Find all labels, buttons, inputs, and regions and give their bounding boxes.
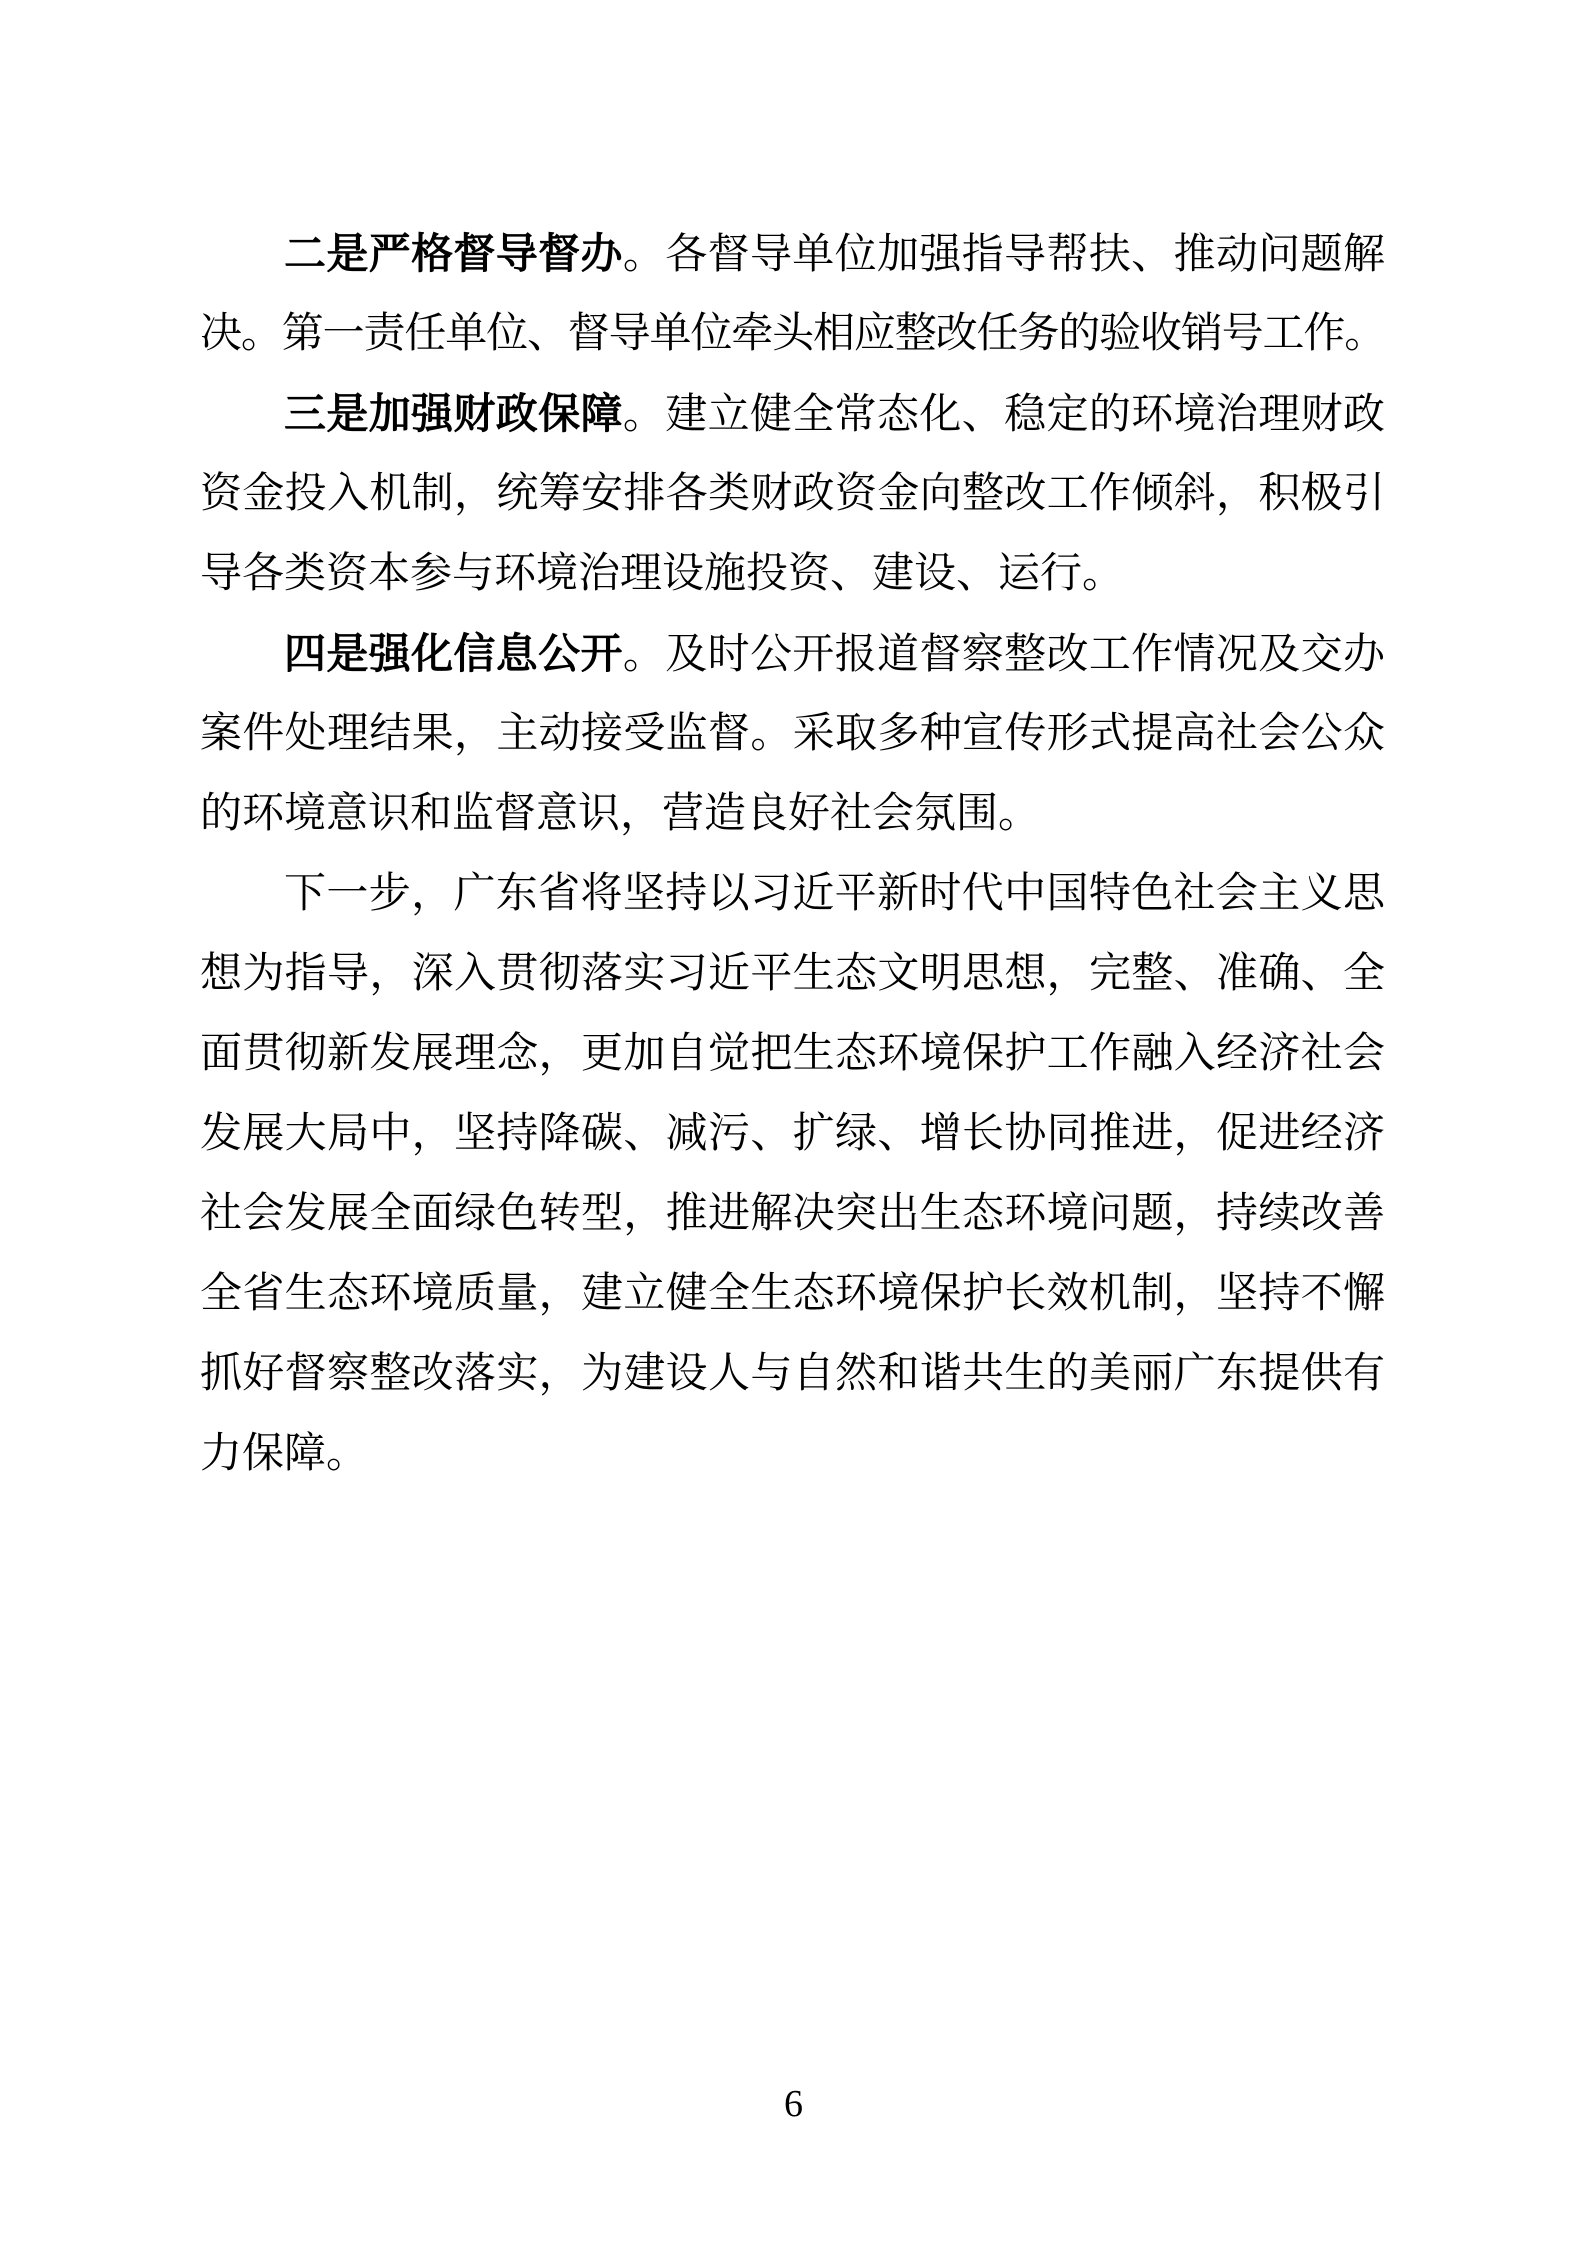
line-text: 。及时公开报道督察整改工作情况及交办 [623, 632, 1385, 678]
text-line: 三是加强财政保障。建立健全常态化、稳定的环境治理财政 [200, 374, 1385, 454]
text-line: 资金投入机制，统筹安排各类财政资金向整改工作倾斜，积极引 [200, 454, 1385, 534]
document-page: 二是严格督导督办。各督导单位加强指导帮扶、推动问题解 决。第一责任单位、督导单位… [0, 0, 1587, 2245]
line-text: 决。第一责任单位、督导单位牵头相应整改任务的验收销号工作。 [200, 311, 1385, 357]
text-line: 四是强化信息公开。及时公开报道督察整改工作情况及交办 [200, 614, 1385, 694]
line-text: 。建立健全常态化、稳定的环境治理财政 [623, 392, 1385, 438]
line-text: 全省生态环境质量，建立健全生态环境保护长效机制，坚持不懈 [200, 1271, 1385, 1317]
text-line: 想为指导，深入贯彻落实习近平生态文明思想，完整、准确、全 [200, 934, 1385, 1014]
text-line: 抓好督察整改落实，为建设人与自然和谐共生的美丽广东提供有 [200, 1334, 1385, 1414]
text-line: 案件处理结果，主动接受监督。采取多种宣传形式提高社会公众 [200, 694, 1385, 774]
line-text: 想为指导，深入贯彻落实习近平生态文明思想，完整、准确、全 [200, 951, 1385, 997]
text-line: 二是严格督导督办。各督导单位加强指导帮扶、推动问题解 [200, 214, 1385, 294]
line-text: 的环境意识和监督意识，营造良好社会氛围。 [200, 791, 1040, 837]
text-line: 全省生态环境质量，建立健全生态环境保护长效机制，坚持不懈 [200, 1254, 1385, 1334]
line-text: 面贯彻新发展理念，更加自觉把生态环境保护工作融入经济社会 [200, 1031, 1385, 1077]
line-text: 案件处理结果，主动接受监督。采取多种宣传形式提高社会公众 [200, 711, 1385, 757]
line-text: 力保障。 [200, 1431, 368, 1477]
paragraph-lead-bold: 二是严格督导督办 [284, 229, 623, 278]
line-text: 。各督导单位加强指导帮扶、推动问题解 [623, 232, 1385, 278]
line-text: 下一步，广东省将坚持以习近平新时代中国特色社会主义思 [284, 871, 1385, 917]
line-text: 社会发展全面绿色转型，推进解决突出生态环境问题，持续改善 [200, 1191, 1385, 1237]
text-line: 发展大局中，坚持降碳、减污、扩绿、增长协同推进，促进经济 [200, 1094, 1385, 1174]
page-number: 6 [0, 2082, 1587, 2126]
text-line: 的环境意识和监督意识，营造良好社会氛围。 [200, 774, 1385, 854]
text-line: 力保障。 [200, 1414, 1385, 1494]
text-line: 下一步，广东省将坚持以习近平新时代中国特色社会主义思 [200, 854, 1385, 934]
text-line: 决。第一责任单位、督导单位牵头相应整改任务的验收销号工作。 [200, 294, 1385, 374]
paragraph-lead-bold: 四是强化信息公开 [284, 629, 623, 678]
line-text: 资金投入机制，统筹安排各类财政资金向整改工作倾斜，积极引 [200, 471, 1385, 517]
line-text: 发展大局中，坚持降碳、减污、扩绿、增长协同推进，促进经济 [200, 1111, 1385, 1157]
text-line: 面贯彻新发展理念，更加自觉把生态环境保护工作融入经济社会 [200, 1014, 1385, 1094]
line-text: 导各类资本参与环境治理设施投资、建设、运行。 [200, 551, 1124, 597]
line-text: 抓好督察整改落实，为建设人与自然和谐共生的美丽广东提供有 [200, 1351, 1385, 1397]
text-line: 社会发展全面绿色转型，推进解决突出生态环境问题，持续改善 [200, 1174, 1385, 1254]
document-body: 二是严格督导督办。各督导单位加强指导帮扶、推动问题解 决。第一责任单位、督导单位… [200, 214, 1385, 1494]
text-line: 导各类资本参与环境治理设施投资、建设、运行。 [200, 534, 1385, 614]
paragraph-lead-bold: 三是加强财政保障 [284, 389, 623, 438]
